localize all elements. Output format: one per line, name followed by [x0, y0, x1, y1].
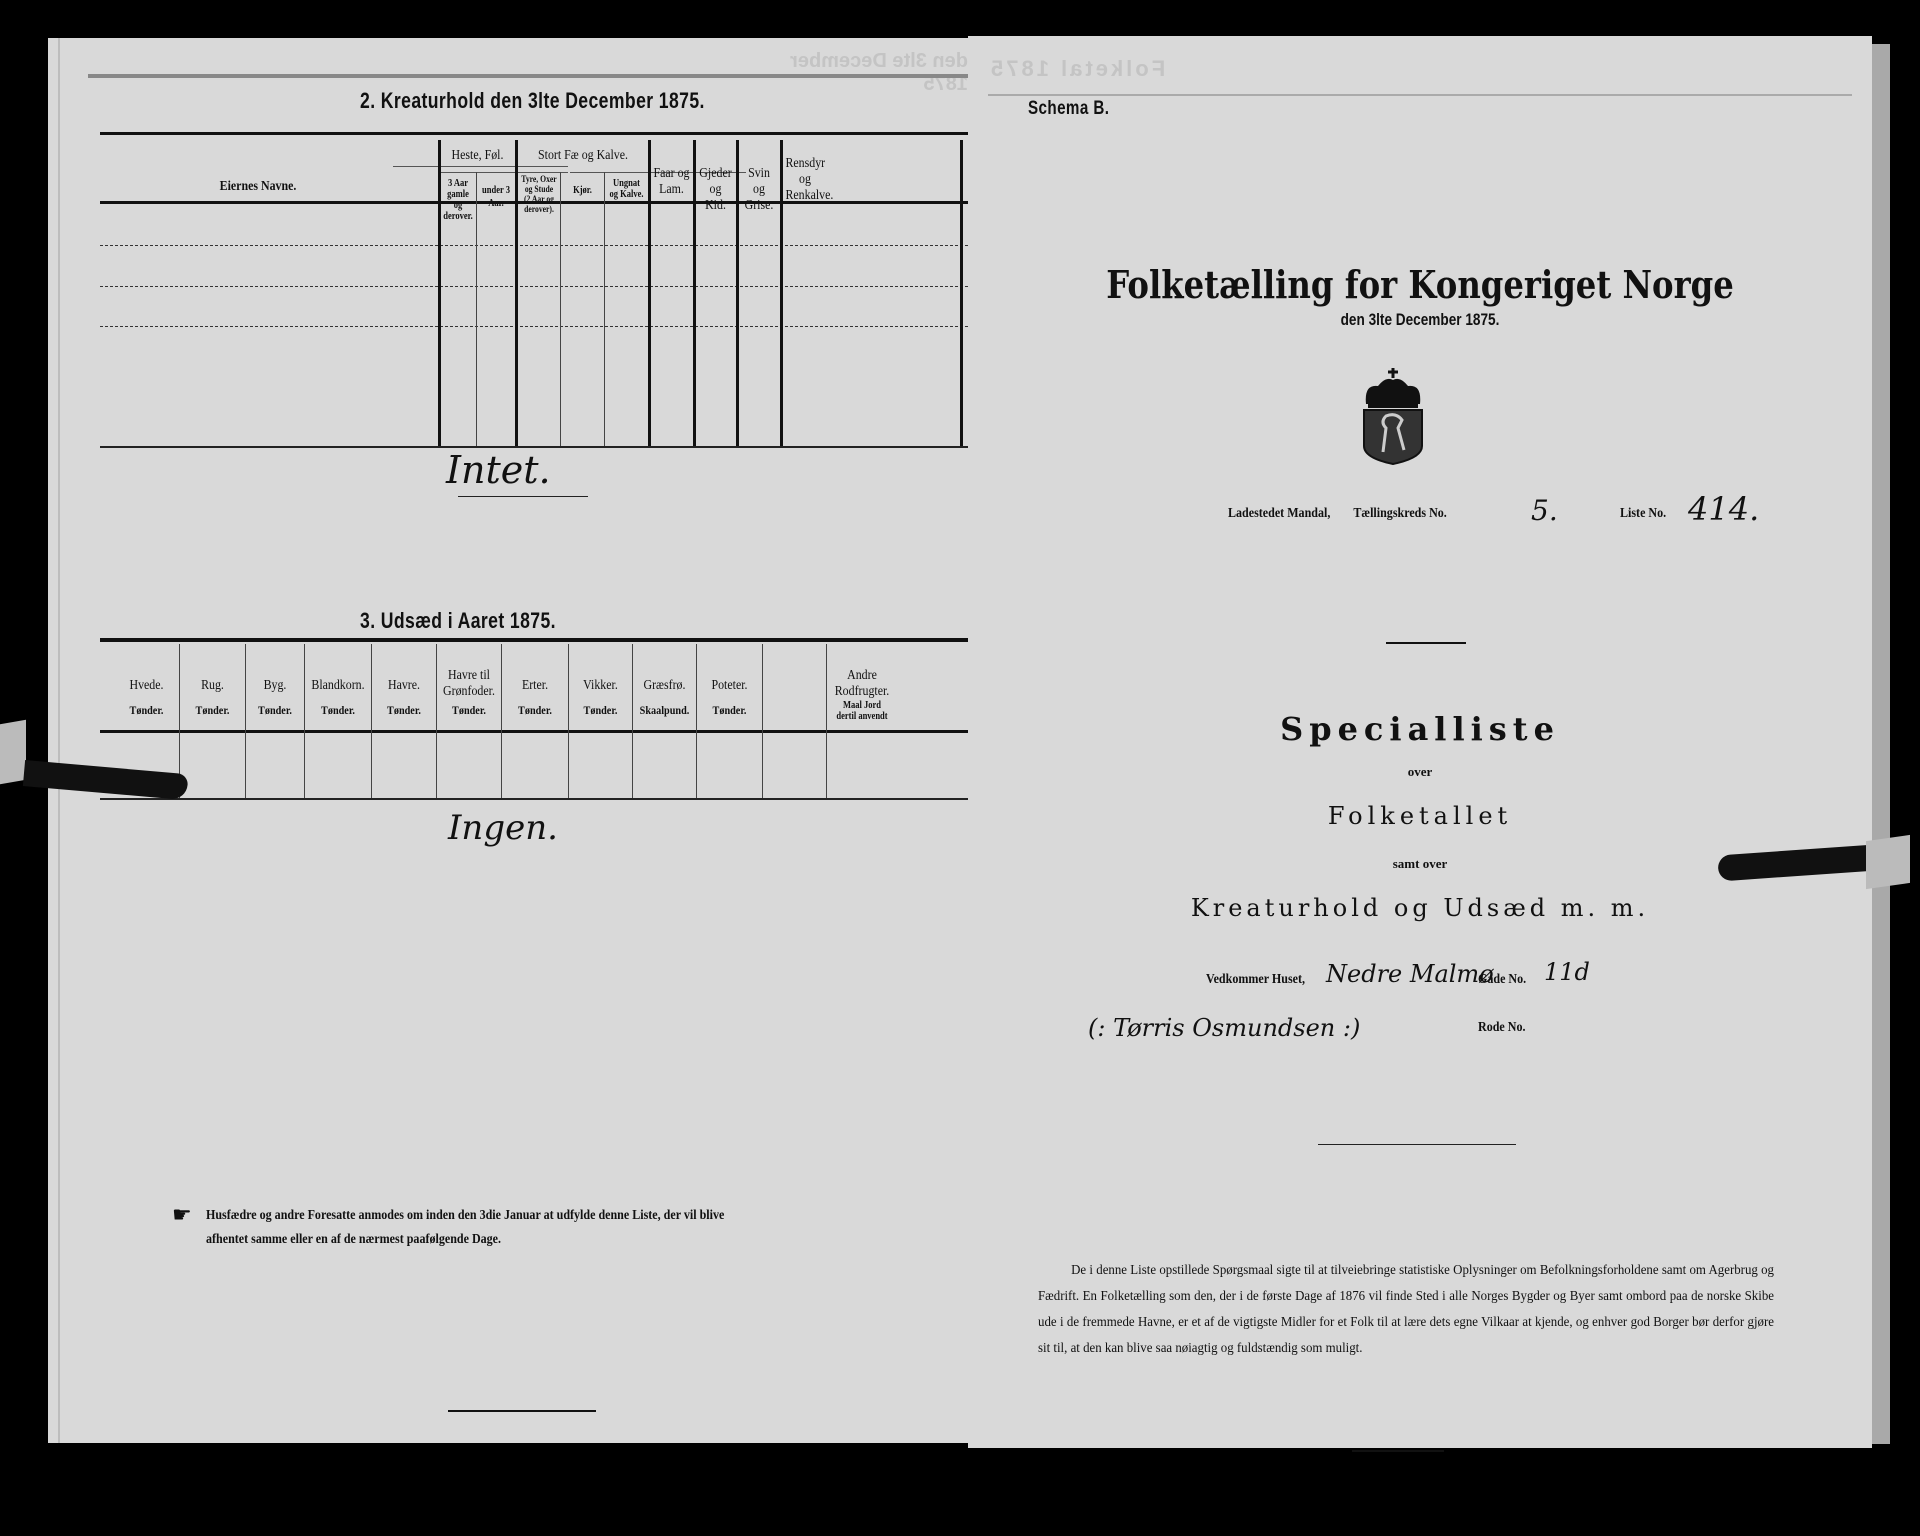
mixed-grain-unit: Tønder. — [310, 704, 366, 717]
col-divider — [696, 644, 697, 798]
col-divider — [304, 644, 305, 798]
rode-label: Rode No. — [1478, 1020, 1526, 1036]
census-title: Folketælling for Kongeriget Norge — [1036, 262, 1804, 307]
col-divider — [568, 644, 569, 798]
col-divider — [436, 644, 437, 798]
left-page: den 3lte December 1875 2. Kreaturhold de… — [48, 38, 970, 1443]
street-label: Gade No. — [1478, 972, 1526, 988]
row-rule — [100, 326, 968, 327]
divider — [1386, 642, 1466, 644]
cows-header: Kjør. — [564, 184, 601, 197]
col-divider — [560, 172, 561, 446]
sub-rule — [393, 166, 568, 167]
schema-label: Schema B. — [1028, 98, 1109, 120]
sub-rule — [440, 172, 568, 173]
row-bottom-rule — [100, 798, 968, 800]
barley-unit: Tønder. — [250, 704, 299, 717]
divider — [1318, 1144, 1516, 1145]
col-divider — [632, 644, 633, 798]
street-name-handwritten: Nedre Malmø — [1326, 960, 1494, 988]
peas-header: Erter. — [507, 678, 563, 694]
grass-seed-unit: Skaalpund. — [638, 704, 692, 717]
right-clip-tab — [1866, 835, 1910, 889]
district-number: 5. — [1531, 494, 1558, 527]
wheat-header: Hvede. — [119, 678, 174, 694]
pointing-hand-icon: ☛ — [172, 1202, 192, 1228]
peas-unit: Tønder. — [507, 704, 563, 717]
street-number-handwritten: 11d — [1544, 958, 1590, 986]
cattle-group-header: Stort Fæ og Kalve. — [528, 148, 639, 164]
col-divider — [371, 644, 372, 798]
col-divider — [780, 140, 783, 446]
section3-title: 3. Udsæd i Aaret 1875. — [360, 608, 556, 634]
census-date: den 3lte December 1875. — [1058, 310, 1781, 330]
vetch-unit: Tønder. — [574, 704, 628, 717]
root-crops-header: Andre Rodfrugter. — [832, 668, 892, 700]
oats-header: Havre. — [377, 678, 431, 694]
horses-3yr-header: 3 Aar gamle og derover. — [443, 178, 474, 222]
page-edge-lines — [58, 38, 60, 1443]
col-divider — [515, 140, 518, 446]
section2-title: 2. Kreaturhold den 3lte December 1875. — [360, 88, 705, 114]
col-divider — [245, 644, 246, 798]
calves-header: Ungnat og Kalve. — [608, 178, 645, 200]
list-label: Liste No. — [1620, 506, 1666, 522]
col-divider — [604, 172, 605, 446]
row-rule — [100, 245, 968, 246]
green-fodder-oats-header: Havre til Grønfoder. — [442, 668, 496, 700]
vetch-header: Vikker. — [574, 678, 628, 694]
explanatory-paragraph: De i denne Liste opstillede Spørgsmaal s… — [1038, 1258, 1774, 1362]
reindeer-header: Rensdyr og Renkalve. — [785, 156, 824, 204]
horses-under3-header: under 3 Aar. — [480, 184, 512, 210]
owner-name-header: Eiernes Navne. — [190, 180, 326, 193]
row-rule — [100, 286, 968, 287]
table-top-rule — [100, 638, 968, 642]
notice-text: Husfædre og andre Foresatte anmodes om i… — [206, 1204, 860, 1252]
col-divider — [501, 644, 502, 798]
potatoes-header: Poteter. — [702, 678, 757, 694]
notice-line-1: Husfædre og andre Foresatte anmodes om i… — [206, 1204, 860, 1228]
table-top-rule — [100, 132, 968, 135]
over-label: over — [968, 764, 1872, 780]
pigs-header: Svin og Grise. — [741, 166, 777, 214]
closing-rule — [1352, 1450, 1444, 1452]
list-number: 414. — [1688, 490, 1759, 528]
closing-rule — [448, 1410, 596, 1412]
kreaturhold-label: Kreaturhold og Udsæd m. m. — [968, 894, 1872, 922]
page-edge — [1872, 44, 1890, 1444]
grass-seed-header: Græsfrø. — [638, 678, 692, 694]
house-label: Vedkommer Huset, — [1206, 972, 1305, 988]
handwritten-ingen: Ingen. — [448, 808, 558, 848]
green-fodder-oats-unit: Tønder. — [442, 704, 496, 717]
left-clip-tab — [0, 720, 26, 785]
coat-of-arms-icon — [1358, 366, 1428, 466]
bleed-through-text: Folketal 1875 — [988, 56, 1165, 82]
folketallet-label: Folketallet — [968, 802, 1872, 830]
col-divider — [826, 644, 827, 798]
root-crops-unit: Maal Jord dertil anvendt — [832, 700, 892, 722]
owner-name-handwritten: (: Tørris Osmundsen :) — [1088, 1014, 1360, 1042]
handwritten-intet: Intet. — [446, 448, 551, 492]
signature-underline — [458, 496, 588, 497]
horses-group-header: Heste, Føl. — [446, 148, 510, 164]
specialliste-heading: Specialliste — [968, 710, 1872, 748]
col-divider — [736, 140, 739, 446]
col-divider — [438, 140, 441, 446]
rye-unit: Tønder. — [185, 704, 240, 717]
col-divider — [960, 140, 963, 446]
location-row: Ladestedet Mandal, Tællingskreds No. — [1228, 506, 1447, 522]
top-rule — [988, 94, 1852, 96]
mixed-grain-header: Blandkorn. — [310, 678, 366, 694]
bleed-through-text: den 3lte December 1875 — [768, 50, 968, 96]
top-rule — [88, 74, 968, 78]
col-divider — [476, 172, 477, 446]
bulls-header: Tyre, Oxer og Stude (2 Aar og derover). — [521, 174, 557, 214]
barley-header: Byg. — [250, 678, 299, 694]
wheat-unit: Tønder. — [119, 704, 174, 717]
notice-line-2: afhentet samme eller en af de nærmest pa… — [206, 1228, 860, 1252]
sheep-header: Faar og Lam. — [653, 166, 690, 198]
oats-unit: Tønder. — [377, 704, 431, 717]
col-divider — [648, 140, 651, 446]
district-label: Tællingskreds No. — [1353, 506, 1446, 521]
location-label: Ladestedet Mandal, — [1228, 506, 1330, 521]
potatoes-unit: Tønder. — [702, 704, 757, 717]
col-divider — [693, 140, 696, 446]
table-bottom-rule — [100, 730, 968, 733]
rye-header: Rug. — [185, 678, 240, 694]
col-divider — [762, 644, 763, 798]
right-page: Folketal 1875 Schema B. Folketælling for… — [968, 36, 1872, 1448]
goats-header: Gjeder og Kid. — [698, 166, 733, 214]
